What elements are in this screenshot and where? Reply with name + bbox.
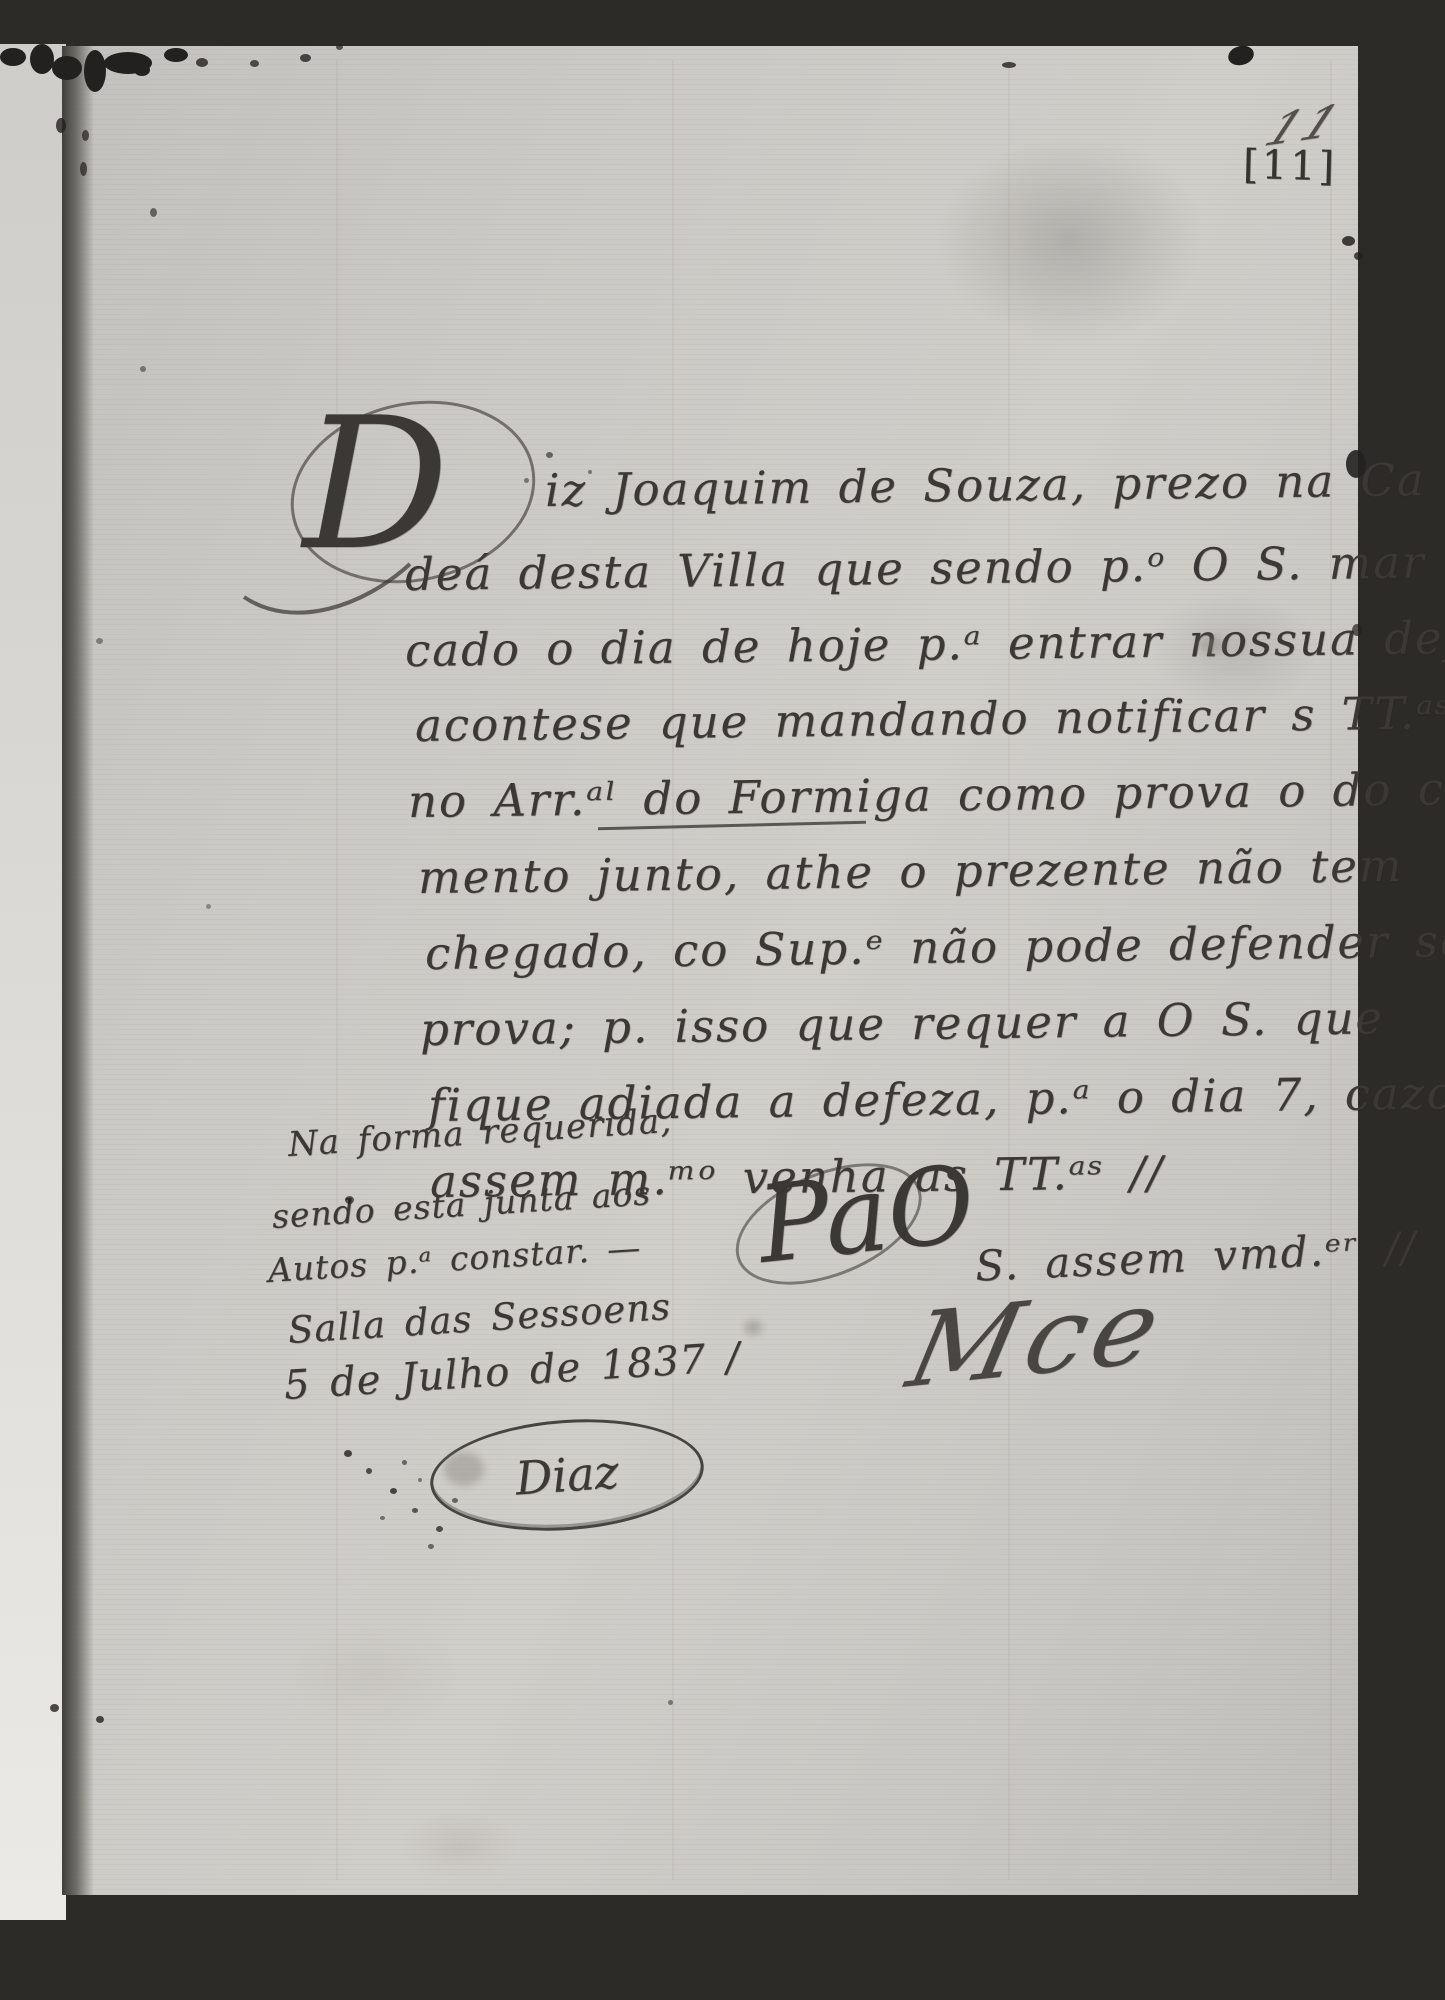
ink-blot — [1354, 252, 1363, 260]
grant-opening: PaO — [753, 1151, 980, 1279]
petition-line: acontese que mandando notificar s TT.ᵃˢ — [415, 690, 1445, 748]
paper-chain-line — [1330, 60, 1332, 1880]
ink-blot — [84, 50, 106, 92]
ink-blot — [50, 1704, 59, 1712]
ink-blot — [96, 638, 103, 644]
ink-blot — [412, 1508, 418, 1513]
ink-blot — [366, 1468, 372, 1474]
ink-smudge — [744, 1320, 762, 1335]
signature-diaz: Diaz — [514, 1444, 621, 1505]
ink-blot — [82, 130, 89, 141]
ink-smudge — [1198, 636, 1224, 654]
ink-blot — [418, 1478, 422, 1482]
ink-blot — [96, 1716, 104, 1723]
scanned-manuscript-photo: 11 [11] D iz Joaquim de Souza, prezo na … — [0, 0, 1445, 2000]
ink-blot — [196, 58, 208, 67]
grant-rubric: Mce — [900, 1274, 1174, 1403]
ink-blot — [1352, 624, 1362, 636]
ink-blot — [344, 1450, 352, 1457]
ink-blot — [56, 118, 66, 133]
ink-blot — [1002, 62, 1016, 68]
ink-blot — [0, 48, 26, 66]
ink-blot — [428, 1544, 434, 1549]
ink-blot — [380, 1516, 385, 1520]
ink-blot — [150, 208, 157, 217]
ink-blot — [30, 44, 54, 74]
ink-smudge — [444, 1452, 484, 1486]
petition-line: no Arr.ᵃˡ do Formiga como prova o do co … — [408, 765, 1445, 824]
ink-blot — [80, 162, 87, 176]
ink-blot — [250, 60, 259, 67]
petition-line: iz Joaquim de Souza, prezo na Ca — [545, 457, 1426, 513]
ink-blot — [390, 1488, 397, 1494]
petition-line: mento junto, athe o prezente não tem — [418, 843, 1404, 900]
ink-blot — [1342, 236, 1355, 246]
ink-blot — [546, 452, 553, 458]
petition-line: prova; p. isso que requer a O S. que — [420, 995, 1385, 1052]
ink-blot — [52, 56, 82, 80]
ink-blot — [668, 1700, 673, 1705]
ink-blot — [588, 470, 592, 474]
ink-blot — [1346, 450, 1366, 478]
bracketed-folio-number: [11] — [1242, 145, 1337, 187]
ink-blot — [336, 44, 343, 50]
ink-blot — [300, 54, 311, 62]
ink-blot — [140, 366, 146, 372]
ink-blot — [436, 1526, 443, 1532]
ink-blot — [524, 478, 529, 483]
ink-blot — [134, 64, 150, 76]
ink-blot — [345, 1196, 354, 1204]
petition-line: cado o dia de hoje p.ᵃ entrar nossua def… — [405, 614, 1445, 673]
petition-line: deá desta Villa que sendo p.ᵒ O S. mar — [405, 540, 1426, 597]
ink-blot — [452, 1498, 458, 1503]
ink-blot — [402, 1460, 407, 1465]
petition-line: chegado, co Sup.ᵉ não pode defender sem — [425, 918, 1445, 976]
paper-chain-line — [336, 60, 338, 1880]
ink-blot — [164, 48, 188, 62]
ink-blot — [206, 904, 211, 909]
adjacent-page-edge — [0, 44, 66, 1920]
